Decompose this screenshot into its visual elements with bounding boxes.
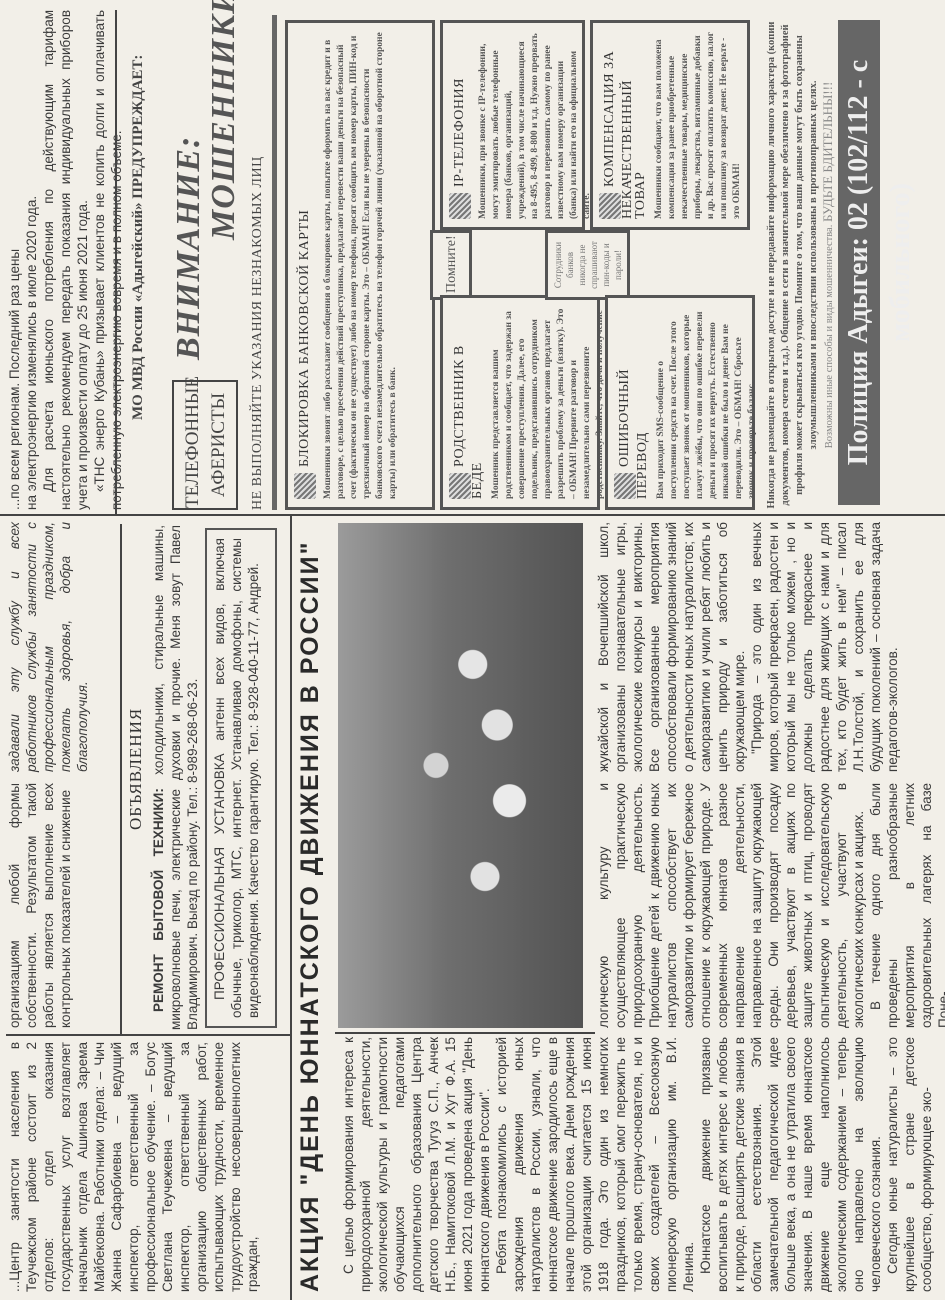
police-top-rule: [115, 10, 117, 515]
employment-article-col3: задавали эту службу и всех работников сл…: [6, 522, 91, 772]
main-article-col2: логическую культуру и осуществляющее пра…: [595, 783, 945, 1028]
privacy-warning: Никогда не размещайте в открытом доступе…: [765, 20, 837, 510]
badge-phone-scammers: ТЕЛЕФОННЫЕ АФЕРИСТЫ: [172, 380, 238, 510]
employment-article-col2: организациям любой формы собственности. …: [6, 783, 74, 1028]
striped-icon: [449, 473, 471, 499]
ads-top-rule: [120, 524, 122, 1034]
fraud-box-relative-in-trouble: РОДСТВЕННИК В БЕДЕ Мошенник представляет…: [440, 295, 600, 510]
photo-divider: [335, 1032, 595, 1034]
employment-article-col1: ...Центр занятости населения в Теучежско…: [6, 1042, 261, 1292]
main-article-top-rule: [290, 515, 292, 1300]
fraud-box-ip-telephony: IP-ТЕЛЕФОНИЯ Мошенники, при звонке с IP-…: [440, 20, 585, 230]
ads-left-rule: [120, 1034, 290, 1036]
ads-title: ОБЪЯВЛЕНИЯ: [126, 708, 146, 830]
police-phone-bar: Полиция Адыгеи: 02 (102/112 - с мобильно…: [838, 20, 880, 505]
remember-label: Помните!: [430, 230, 472, 300]
phone-person-icon: [449, 193, 471, 219]
main-article-col3: жукайской и Вочепшийской школ, организов…: [595, 522, 901, 772]
headline-attention: ВНИМАНИЕ:: [170, 136, 208, 360]
medicine-icon: [599, 193, 621, 219]
ad-appliance-repair: РЕМОНТ БЫТОВОЙ ТЕХНИКИ: холодильники, ст…: [150, 525, 201, 1030]
main-headline: АКЦИЯ "ДЕНЬ ЮННАТСКОГО ДВИЖЕНИЯ В РОССИИ…: [296, 541, 325, 1292]
main-article-col1: С целью формирования интереса к природоо…: [340, 1037, 935, 1292]
newspaper-page: ...по всем регионам. Последний раз цены …: [0, 0, 945, 1300]
fraud-box-compensation: КОМПЕНСАЦИЯ ЗА НЕКАЧЕСТВЕННЫЙ ТОВАР Моше…: [590, 20, 750, 230]
column-divider: [6, 1034, 121, 1036]
subheadline-warning: НЕ ВЫПОЛНЯЙТЕ УКАЗАНИЯ НЕЗНАКОМЫХ ЛИЦ: [250, 156, 266, 510]
section-divider: [0, 514, 945, 516]
police-thick-rule: [272, 15, 277, 510]
bank-pin-note: Сотрудники банков никогда не спрашивают …: [545, 230, 630, 300]
fraud-box-card-block: БЛОКИРОВКА БАНКОВСКОЙ КАРТЫ Мошенники зв…: [285, 20, 435, 510]
headline-scammers: МОШЕННИКИ!: [205, 0, 243, 240]
hand-card-icon: [294, 473, 316, 499]
ad-antenna-install: ПРОФЕССИОНАЛЬНАЯ УСТАНОВКА антенн всех в…: [205, 528, 277, 1028]
fraud-box-wrong-transfer: ОШИБОЧНЫЙ ПЕРЕВОД Вам приходит SMS-сообщ…: [605, 295, 755, 510]
group-photo: [338, 523, 583, 1028]
energy-article: ...по всем регионам. Последний раз цены …: [6, 10, 125, 510]
pointing-person-icon: [614, 473, 636, 499]
police-header: МО МВД России «Адыгейский» ПРЕДУПРЕЖДАЕТ…: [130, 55, 147, 420]
